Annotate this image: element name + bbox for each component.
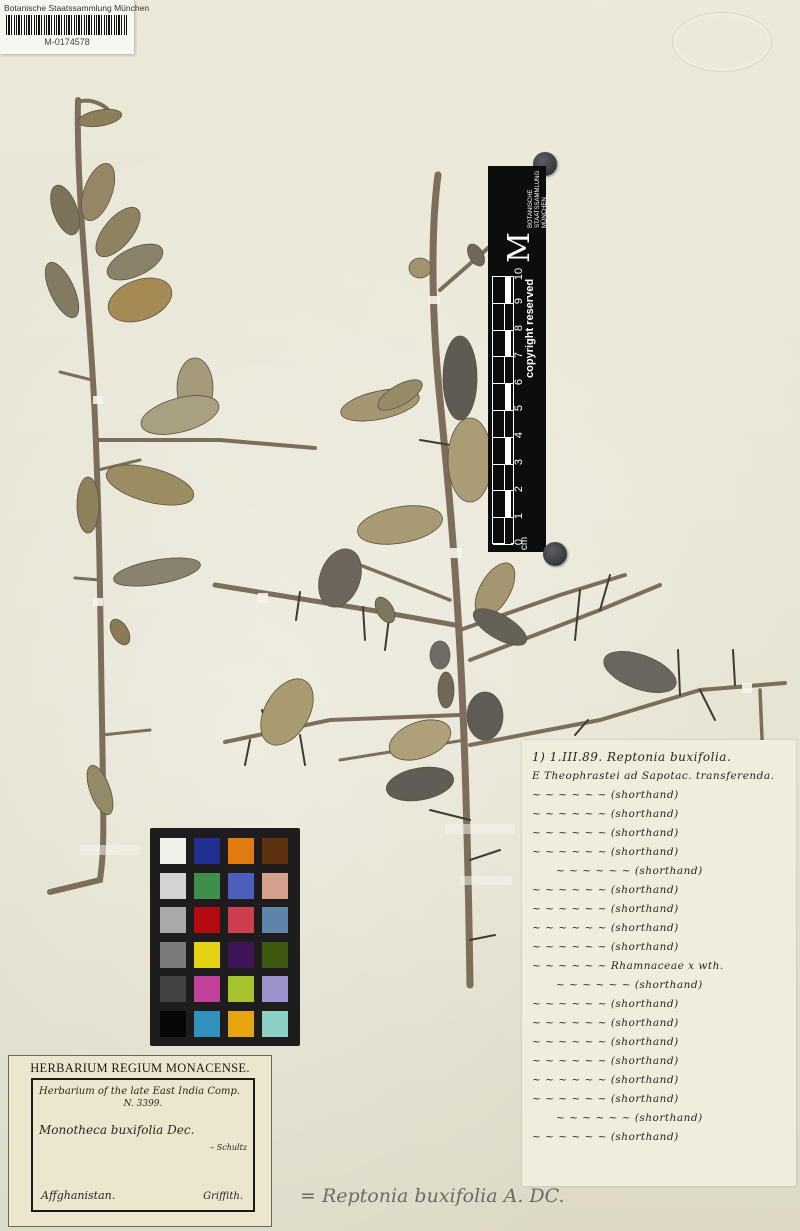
magnet-bottom: [543, 542, 567, 566]
label-author: – Schultz: [39, 1143, 247, 1152]
color-swatch: [194, 976, 220, 1002]
barcode: [6, 15, 128, 35]
institution-name: Botanische Staatssammlung München: [4, 3, 130, 13]
color-swatch: [262, 976, 288, 1002]
color-swatch: [194, 873, 220, 899]
scale-institution: BOTANISCHE STAATSSAMMLUNG MÜNCHEN: [528, 171, 549, 228]
label-collector: Griffith.: [203, 1191, 243, 1202]
unit-label: cm: [519, 537, 530, 550]
color-swatch: [228, 1011, 254, 1037]
handwritten-note: 1) 1.III.89. Reptonia buxifolia. E Theop…: [522, 740, 796, 1186]
label-species: Monotheca buxifolia Dec.: [39, 1123, 247, 1137]
scale-bar: BOTANISCHE STAATSSAMMLUNG MÜNCHEN M 0 1 …: [488, 166, 546, 552]
color-swatch: [262, 907, 288, 933]
color-swatch: [160, 976, 186, 1002]
color-swatch: [228, 838, 254, 864]
label-locality: Affghanistan.: [41, 1189, 115, 1202]
color-swatch: [194, 942, 220, 968]
color-swatch: [160, 1011, 186, 1037]
label-collection: Herbarium of the late East India Comp.: [39, 1086, 247, 1097]
color-swatch: [262, 1011, 288, 1037]
color-swatch: [228, 942, 254, 968]
color-swatch: [262, 838, 288, 864]
color-swatch: [228, 907, 254, 933]
ruler: [492, 276, 514, 544]
color-swatch: [160, 907, 186, 933]
catalog-number: M-0174578: [4, 37, 130, 47]
color-swatch: [160, 838, 186, 864]
label-number: N. 3399.: [39, 1099, 247, 1109]
embossed-stamp: [672, 12, 772, 72]
color-swatch: [160, 873, 186, 899]
herbarium-label: HERBARIUM REGIUM MONACENSE. Herbarium of…: [8, 1055, 272, 1227]
institution-logo: M: [502, 232, 537, 263]
color-swatch: [262, 873, 288, 899]
barcode-label: Botanische Staatssammlung München M-0174…: [0, 0, 134, 54]
color-swatch: [194, 838, 220, 864]
note-header: 1) 1.III.89. Reptonia buxifolia.: [532, 748, 786, 767]
color-swatch: [228, 976, 254, 1002]
determination-annotation: = Reptonia buxifolia A. DC.: [300, 1185, 565, 1207]
color-swatch: [194, 1011, 220, 1037]
color-checker: [150, 828, 300, 1046]
color-swatch: [262, 942, 288, 968]
color-swatch: [160, 942, 186, 968]
color-swatch: [194, 907, 220, 933]
label-body: Herbarium of the late East India Comp. N…: [31, 1078, 255, 1212]
color-swatch: [228, 873, 254, 899]
label-title: HERBARIUM REGIUM MONACENSE.: [12, 1061, 268, 1076]
copyright-text: copyright reserved: [524, 279, 536, 378]
